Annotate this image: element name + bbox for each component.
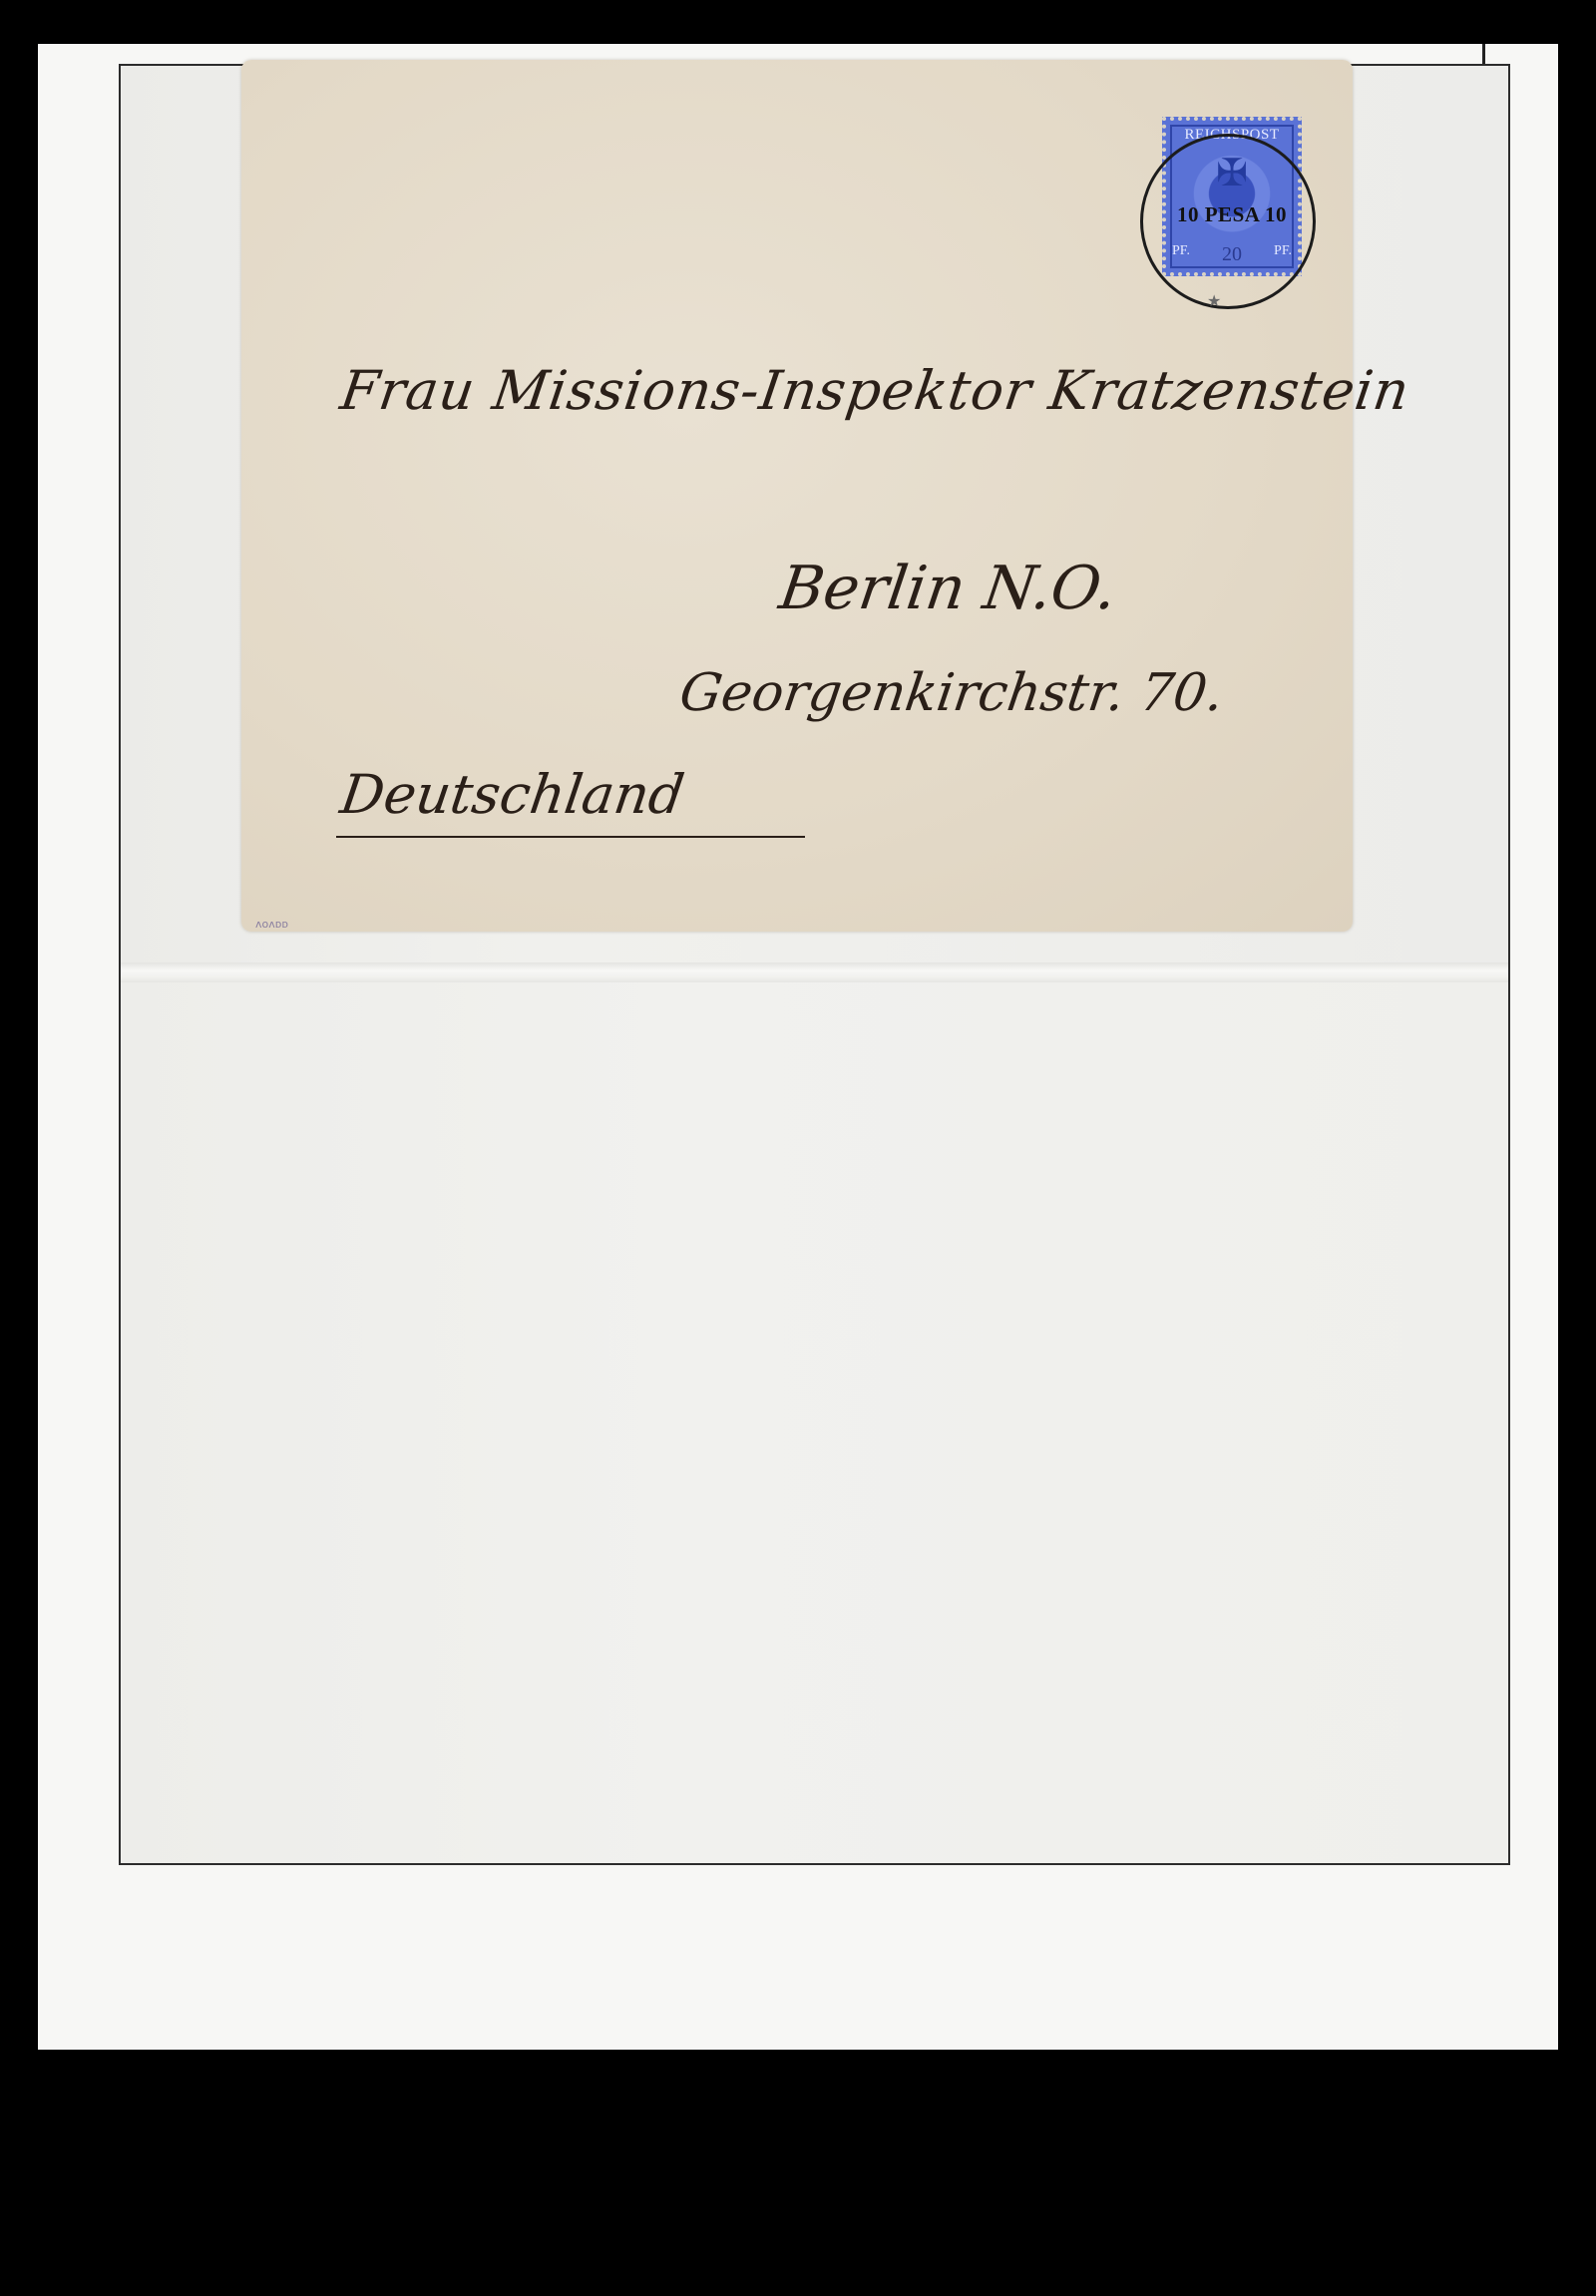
corner-mark: ᴧoᴧᴅᴅ — [255, 918, 288, 931]
pocket-divider — [121, 962, 1508, 982]
address-line-recipient: Frau Missions-Inspektor Kratzenstein — [337, 359, 1414, 422]
album-page: REICHSPOST ✠ 10 PESA 10 PF. 20 PF. ★ Fra… — [38, 44, 1558, 2050]
lower-pocket — [121, 982, 1508, 1863]
address-line-country: Deutschland — [337, 763, 688, 826]
postmark-circle — [1140, 134, 1316, 309]
postmark-star-icon: ★ — [1207, 291, 1221, 310]
postal-cover[interactable]: REICHSPOST ✠ 10 PESA 10 PF. 20 PF. ★ Fra… — [241, 60, 1353, 932]
page-border-frame: REICHSPOST ✠ 10 PESA 10 PF. 20 PF. ★ Fra… — [119, 64, 1510, 1865]
address-line-street: Georgenkirchstr. 70. — [676, 663, 1228, 723]
address-line-city: Berlin N.O. — [775, 554, 1121, 623]
country-underline — [336, 836, 805, 838]
strip-edge-line — [1482, 44, 1485, 64]
